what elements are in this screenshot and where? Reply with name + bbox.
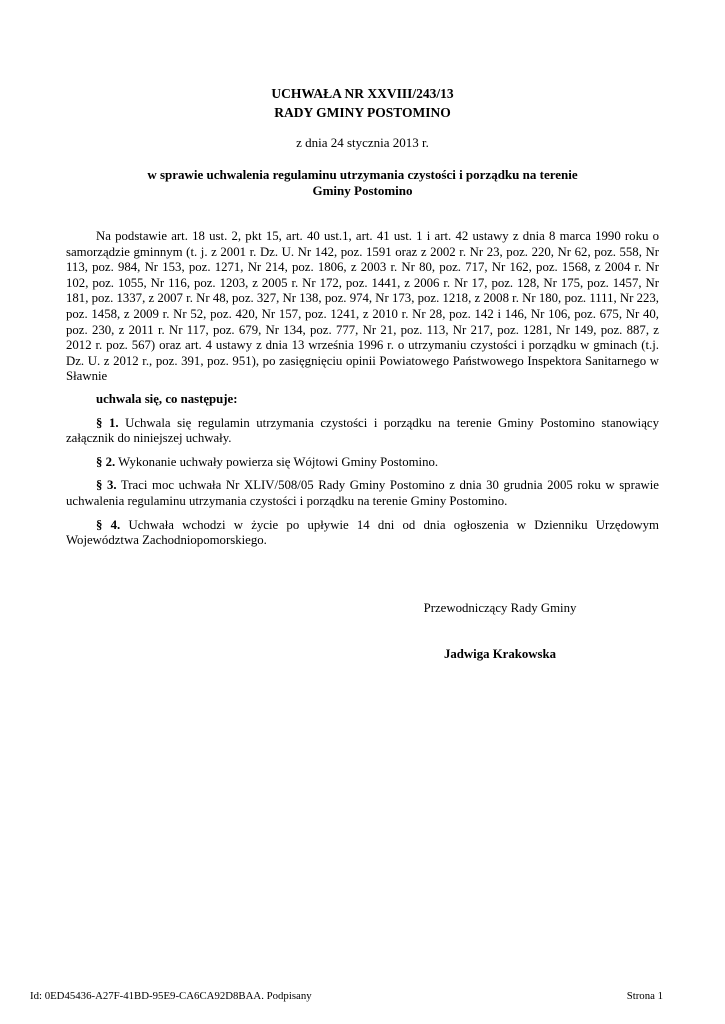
section-text-4: Uchwała wchodzi w życie po upływie 14 dn… — [66, 518, 659, 548]
subject-line-1: w sprawie uchwalenia regulaminu utrzyman… — [66, 167, 659, 183]
resolution-number: UCHWAŁA NR XXVIII/243/13 — [66, 84, 659, 103]
section-text-3: Traci moc uchwała Nr XLIV/508/05 Rady Gm… — [66, 478, 659, 508]
section-text-1: Uchwala się regulamin utrzymania czystoś… — [66, 416, 659, 446]
section-paragraph-2: § 2. Wykonanie uchwały powierza się Wójt… — [66, 455, 659, 471]
section-text-2: Wykonanie uchwały powierza się Wójtowi G… — [115, 455, 438, 469]
resolution-date: z dnia 24 stycznia 2013 r. — [66, 135, 659, 151]
document-content: UCHWAŁA NR XXVIII/243/13 RADY GMINY POST… — [66, 84, 659, 662]
resolution-subject: w sprawie uchwalenia regulaminu utrzyman… — [66, 167, 659, 199]
section-label-2: § 2. — [96, 455, 115, 469]
section-paragraph-1: § 1. Uchwala się regulamin utrzymania cz… — [66, 416, 659, 447]
enacting-clause: uchwala się, co następuje: — [66, 392, 659, 408]
issuing-body: RADY GMINY POSTOMINO — [66, 103, 659, 122]
document-page: UCHWAŁA NR XXVIII/243/13 RADY GMINY POST… — [0, 0, 725, 1024]
signature-block: Przewodniczący Rady Gminy Jadwiga Krakow… — [350, 600, 650, 662]
document-id: Id: 0ED45436-A27F-41BD-95E9-CA6CA92D8BAA… — [30, 990, 312, 1003]
legal-basis-preamble: Na podstawie art. 18 ust. 2, pkt 15, art… — [66, 229, 659, 385]
signatory-title: Przewodniczący Rady Gminy — [350, 600, 650, 616]
section-paragraph-3: § 3. Traci moc uchwała Nr XLIV/508/05 Ra… — [66, 478, 659, 509]
section-label-1: § 1. — [96, 416, 119, 430]
resolution-title: UCHWAŁA NR XXVIII/243/13 RADY GMINY POST… — [66, 84, 659, 122]
page-footer: Id: 0ED45436-A27F-41BD-95E9-CA6CA92D8BAA… — [30, 990, 663, 1003]
section-paragraph-4: § 4. Uchwała wchodzi w życie po upływie … — [66, 518, 659, 549]
section-label-4: § 4. — [96, 518, 120, 532]
subject-line-2: Gminy Postomino — [66, 183, 659, 199]
page-number: Strona 1 — [627, 990, 663, 1003]
signatory-name: Jadwiga Krakowska — [350, 646, 650, 662]
section-label-3: § 3. — [96, 478, 117, 492]
